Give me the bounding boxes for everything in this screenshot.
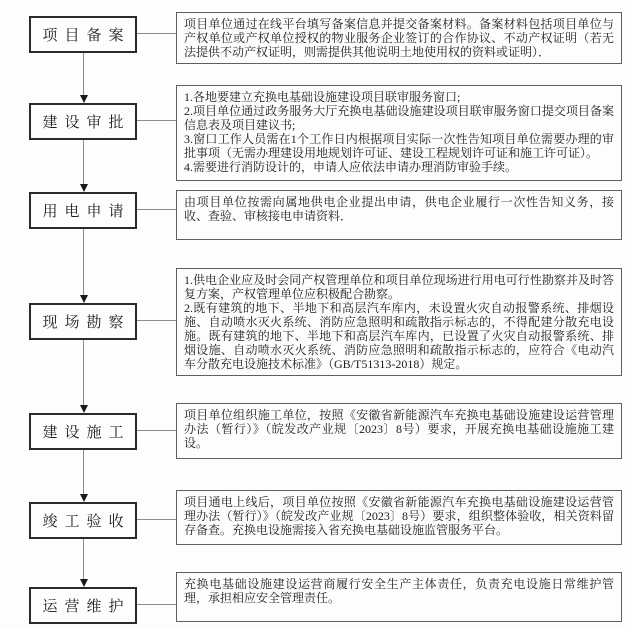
step-box: 建设审批 — [29, 103, 137, 140]
flow-down-arrow — [79, 450, 88, 502]
step-description-box: 充换电基础设施建设运营商履行安全生产主体责任，负责充电设施日常维护管理，承担相应… — [176, 572, 622, 622]
step-box: 建设施工 — [29, 413, 137, 450]
arrowhead-icon — [80, 95, 88, 103]
step-label: 建设审批 — [35, 111, 130, 132]
step-label: 运营维护 — [35, 595, 130, 616]
step-description-box: 项目通电上线后，项目单位按照《安徽省新能源汽车充换电基础设施建设运营管理办法（暂… — [176, 490, 622, 545]
step-description-box: 由项目单位按需向属地供电企业提出申请，供电企业履行一次性告知义务，接收、查验、审… — [176, 190, 622, 240]
step-box: 运营维护 — [29, 587, 137, 624]
step-label: 建设施工 — [35, 421, 130, 442]
arrow-line — [83, 450, 84, 494]
arrow-line — [83, 229, 84, 295]
flow-down-arrow — [79, 340, 88, 413]
step-label: 用电申请 — [35, 200, 130, 221]
step-description-box: 1.供电企业应及时会同产权管理单位和项目单位现场进行用电可行性勘察并及时答复方案… — [176, 268, 622, 376]
arrowhead-icon — [80, 184, 88, 192]
step-label: 项目备案 — [35, 24, 130, 45]
flow-down-arrow — [79, 140, 88, 192]
arrowhead-icon — [80, 579, 88, 587]
arrowhead-icon — [80, 405, 88, 413]
step-label: 竣工验收 — [35, 510, 130, 531]
step-box: 用电申请 — [29, 192, 137, 229]
connector-line — [137, 120, 176, 121]
connector-line — [137, 33, 176, 34]
step-box: 现场勘察 — [29, 303, 137, 340]
step-description-box: 项目单位组织施工单位，按照《安徽省新能源汽车充换电基础设施建设运营管理办法（暂行… — [176, 403, 622, 459]
flow-down-arrow — [79, 539, 88, 587]
flow-down-arrow — [79, 53, 88, 103]
arrow-line — [83, 53, 84, 95]
connector-line — [137, 519, 176, 520]
step-description-box: 1.各地要建立充换电基础设施建设项目联审服务窗口; 2.项目单位通过政务服务大厅… — [176, 85, 622, 181]
connector-line — [137, 430, 176, 431]
connector-line — [137, 604, 176, 605]
arrow-line — [83, 140, 84, 184]
step-description-box: 项目单位通过在线平台填写备案信息并提交备案材料。备案材料包括项目单位与产权单位或… — [176, 12, 622, 64]
arrowhead-icon — [80, 494, 88, 502]
arrowhead-icon — [80, 295, 88, 303]
connector-line — [137, 209, 176, 210]
arrow-line — [83, 340, 84, 405]
flowchart-canvas: 项目备案 项目单位通过在线平台填写备案信息并提交备案材料。备案材料包括项目单位与… — [0, 0, 630, 628]
connector-line — [137, 320, 176, 321]
step-label: 现场勘察 — [35, 311, 130, 332]
step-box: 项目备案 — [29, 16, 137, 53]
flow-down-arrow — [79, 229, 88, 303]
step-box: 竣工验收 — [29, 502, 137, 539]
arrow-line — [83, 539, 84, 579]
